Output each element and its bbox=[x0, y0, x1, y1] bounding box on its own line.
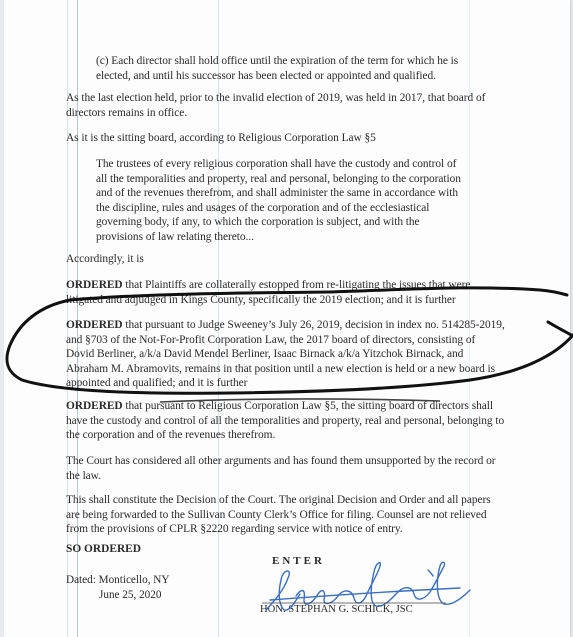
order-custody-control: ORDERED that pursuant to Religious Corpo… bbox=[66, 399, 466, 443]
paragraph-court-considered: The Court has considered all other argum… bbox=[66, 454, 466, 483]
quote-trustees: The trustees of every religious corporat… bbox=[96, 157, 466, 245]
order-2017-board: ORDERED that pursuant to Judge Sweeney’s… bbox=[66, 318, 466, 391]
paragraph-decision: This shall constitute the Decision of th… bbox=[66, 493, 466, 537]
paragraph-last-election: As the last election held, prior to the … bbox=[66, 91, 466, 120]
dated-block: Dated: Monticello, NY June 25, 2020 bbox=[66, 573, 169, 602]
order-collateral-estoppel: ORDERED that Plaintiffs are collaterally… bbox=[66, 278, 466, 307]
paragraph-accordingly: Accordingly, it is bbox=[66, 252, 466, 267]
paragraph-sitting-board: As it is the sitting board, according to… bbox=[66, 131, 466, 146]
quote-director-term: (c) Each director shall hold office unti… bbox=[96, 54, 466, 83]
judge-name: HON. STEPHAN G. SCHICK, JSC bbox=[260, 604, 413, 615]
enter-label: ENTER bbox=[272, 555, 325, 567]
so-ordered-heading: SO ORDERED bbox=[66, 543, 141, 555]
